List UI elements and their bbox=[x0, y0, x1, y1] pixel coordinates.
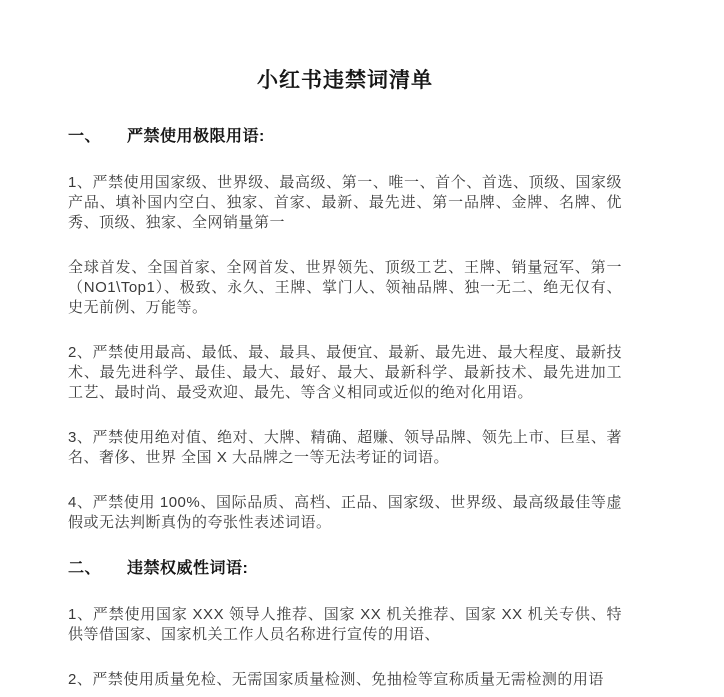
paragraph: 1、严禁使用国家 XXX 领导人推荐、国家 XX 机关推荐、国家 XX 机关专供… bbox=[68, 605, 622, 645]
document-title: 小红书违禁词清单 bbox=[68, 66, 622, 96]
paragraph: 3、严禁使用绝对值、绝对、大牌、精确、超赚、领导品牌、领先上市、巨星、著名、奢侈… bbox=[68, 428, 622, 468]
paragraph: 全球首发、全国首家、全网首发、世界领先、顶级工艺、王牌、销量冠军、第一（NO1\… bbox=[68, 258, 622, 318]
section-number: 二、 bbox=[68, 558, 127, 580]
section-heading-text: 违禁权威性词语: bbox=[127, 560, 248, 577]
paragraph: 4、严禁使用 100%、国际品质、高档、正品、国家级、世界级、最高级最佳等虚假或… bbox=[68, 493, 622, 533]
section-number: 一、 bbox=[68, 126, 127, 148]
paragraph: 1、严禁使用国家级、世界级、最高级、第一、唯一、首个、首选、顶级、国家级产品、填… bbox=[68, 173, 622, 233]
section-heading-2: 二、违禁权威性词语: bbox=[68, 558, 622, 580]
paragraph: 2、严禁使用最高、最低、最、最具、最便宜、最新、最先进、最大程度、最新技术、最先… bbox=[68, 343, 622, 403]
paragraph: 2、严禁使用质量免检、无需国家质量检测、免抽检等宣称质量无需检测的用语 bbox=[68, 670, 622, 690]
section-heading-1: 一、严禁使用极限用语: bbox=[68, 126, 622, 148]
section-heading-text: 严禁使用极限用语: bbox=[127, 128, 265, 145]
document-page: 小红书违禁词清单 一、严禁使用极限用语: 1、严禁使用国家级、世界级、最高级、第… bbox=[0, 0, 724, 697]
